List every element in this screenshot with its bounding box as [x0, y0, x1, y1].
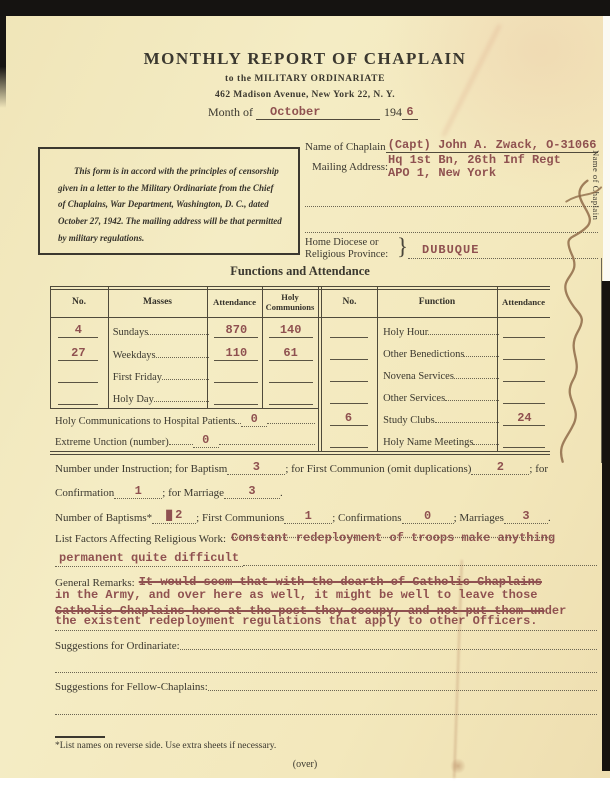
- numbers-confirmations-value: 0: [402, 510, 454, 524]
- name-of-chaplain-value: (Capt) John A. Zwack, O-31066: [386, 139, 598, 153]
- censorship-notice-box: This form is in accord with the principl…: [38, 147, 300, 255]
- remarks-rule: [55, 630, 597, 631]
- year-digit: 6: [402, 106, 418, 120]
- suggestions-fellow-row: Suggestions for Fellow-Chaplains:: [55, 681, 597, 693]
- left-header-no: No.: [50, 297, 108, 307]
- left-header-attendance: Attendance: [207, 297, 262, 307]
- remarks-line-1: General Remarks: It would seem that with…: [55, 575, 542, 589]
- masses-attendance: 110: [214, 347, 258, 361]
- suggestions-fellow-label: Suggestions for Fellow-Chaplains:: [55, 681, 208, 693]
- left-header-communions-1: Holy: [262, 292, 318, 302]
- table-header-rule: [50, 317, 550, 318]
- table-bottom-rule-b: [50, 454, 550, 455]
- numbers-label-1: Number of Baptisms*: [55, 512, 152, 524]
- function-attendance: [503, 403, 545, 404]
- left-header-masses: Masses: [108, 297, 207, 307]
- remarks-line-2: in the Army, and over here as well, it m…: [55, 588, 537, 602]
- masses-no: 4: [58, 324, 98, 338]
- right-header-attendance: Attendance: [497, 297, 550, 307]
- mailing-address-line2: APO 1, New York: [388, 166, 496, 180]
- home-diocese-label-line2: Religious Province:: [305, 249, 388, 260]
- masses-label: First Friday: [113, 372, 162, 383]
- scanner-bed-right: [603, 16, 610, 281]
- suggestions-fellow-rule: [55, 714, 597, 715]
- table-row: Holy Name Meetings: [322, 432, 550, 448]
- function-label: Study Clubs: [383, 415, 435, 426]
- month-label: Month of: [208, 105, 253, 120]
- instruction-baptism-value: 3: [227, 461, 285, 475]
- diocese-brace: }: [397, 234, 408, 260]
- left-header-communions-2: Communions: [262, 302, 318, 312]
- remarks-line-3-rest: der: [545, 604, 567, 618]
- instruction-confirmation-value: 1: [114, 485, 162, 499]
- instruction-label-2: ; for First Communion (omit duplications…: [285, 463, 471, 475]
- instruction-line-2: Confirmation 1 ; for Marriage 3 .: [55, 485, 283, 499]
- form-subtitle: to the MILITARY ORDINARIATE: [0, 74, 610, 84]
- table-row: 4 Sundays 870 140: [50, 322, 318, 338]
- year-prefix: 194: [384, 105, 402, 120]
- function-no: [330, 337, 368, 338]
- masses-attendance: [214, 382, 258, 383]
- numbers-line: Number of Baptisms* █ 2 ; First Communio…: [55, 508, 600, 524]
- numbers-label-3: ; Confirmations: [332, 512, 401, 524]
- masses-label: Weekdays: [113, 350, 156, 361]
- footnote-text: *List names on reverse side. Use extra s…: [55, 741, 276, 751]
- censorship-notice-text: This form is in accord with the principl…: [58, 166, 282, 243]
- function-label: Other Services: [383, 393, 445, 404]
- table-divider-a: [318, 286, 319, 451]
- scan-edge-top: [0, 0, 610, 16]
- suggestions-ordinariate-row: Suggestions for Ordinariate:: [55, 640, 597, 652]
- footnote-rule: [55, 736, 105, 738]
- overstrike-blot: █: [166, 511, 172, 522]
- numbers-baptisms-box: █ 2: [152, 508, 196, 524]
- function-label: Holy Name Meetings: [383, 437, 473, 448]
- hospital-communions-value: 0: [241, 413, 267, 427]
- factors-typed-line-1: Constant redeployment of troops make any…: [231, 531, 555, 545]
- function-attendance: 24: [503, 412, 545, 426]
- numbers-baptisms-value: 2: [175, 508, 182, 522]
- masses-attendance: 870: [214, 324, 258, 338]
- masses-label: Sundays: [113, 327, 149, 338]
- function-attendance: [503, 447, 545, 448]
- scanner-bed-bottom: [0, 778, 610, 791]
- ordinariate-address: 462 Madison Avenue, New York 22, N. Y.: [0, 90, 610, 100]
- instruction-marriage-value: 3: [224, 485, 280, 499]
- mailing-address-label: Mailing Address:: [312, 161, 388, 173]
- function-label: Novena Services: [383, 371, 454, 382]
- function-label: Holy Hour: [383, 327, 428, 338]
- masses-communions: 61: [269, 347, 313, 361]
- right-header-no: No.: [322, 297, 377, 307]
- table-row: First Friday: [50, 367, 318, 383]
- instruction-label-1: Number under Instruction; for Baptism: [55, 463, 227, 475]
- numbers-marriages-value: 3: [504, 510, 548, 524]
- table-row: Other Benedictions: [322, 344, 550, 360]
- factors-label: List Factors Affecting Religious Work:: [55, 533, 226, 545]
- table-row: 27 Weekdays 110 61: [50, 345, 318, 361]
- instruction-period: .: [280, 487, 283, 499]
- masses-communions: [269, 404, 313, 405]
- remarks-line-4: the existent redeployment regulations th…: [55, 614, 537, 628]
- table-bottom-rule-a: [50, 451, 550, 452]
- table-row: Holy Day: [50, 389, 318, 405]
- function-no: [330, 381, 368, 382]
- masses-attendance: [214, 404, 258, 405]
- extreme-unction-row: Extreme Unction (number) 0: [55, 432, 315, 448]
- masses-communions: 140: [269, 324, 313, 338]
- instruction-line-1: Number under Instruction; for Baptism 3 …: [55, 461, 600, 475]
- factors-typed-line-2: permanent quite difficult: [55, 551, 243, 567]
- over-label: (over): [0, 759, 610, 770]
- form-title: MONTHLY REPORT OF CHAPLAIN: [0, 49, 610, 69]
- numbers-label-2: ; First Communions: [196, 512, 284, 524]
- left-table-section-rule: [50, 408, 318, 409]
- scan-edge-right: [602, 281, 610, 771]
- suggestions-ordinariate-label: Suggestions for Ordinariate:: [55, 640, 180, 652]
- month-line: Month of October 194 6: [208, 105, 418, 120]
- function-attendance: [503, 381, 545, 382]
- right-header-function: Function: [377, 297, 497, 307]
- masses-label: Holy Day: [113, 394, 154, 405]
- table-row: Novena Services: [322, 366, 550, 382]
- function-attendance: [503, 359, 545, 360]
- table-row: 6 Study Clubs 24: [322, 410, 550, 426]
- name-of-chaplain-row: Name of Chaplain (Capt) John A. Zwack, O…: [305, 139, 598, 153]
- masses-no: [58, 382, 98, 383]
- paper-stain: [450, 758, 466, 774]
- factors-line-1: List Factors Affecting Religious Work: C…: [55, 531, 555, 545]
- table-top-rule-a: [50, 286, 550, 287]
- extreme-unction-label: Extreme Unction (number): [55, 437, 169, 448]
- suggestions-ordinariate-rule: [55, 672, 597, 673]
- instruction-label-4: Confirmation: [55, 487, 114, 499]
- masses-no: 27: [58, 347, 98, 361]
- month-value: October: [256, 106, 380, 120]
- function-label: Other Benedictions: [383, 349, 464, 360]
- hospital-communions-row: Holy Communications to Hospital Patients…: [55, 410, 315, 427]
- function-no: [330, 359, 368, 360]
- table-row: Holy Hour: [322, 322, 550, 338]
- extreme-unction-value: 0: [193, 434, 219, 448]
- mailing-address-line1: Hq 1st Bn, 26th Inf Regt: [388, 153, 561, 167]
- scan-edge-left: [0, 16, 6, 108]
- numbers-label-4: ; Marriages: [454, 512, 504, 524]
- diocese-value: DUBUQUE: [422, 243, 479, 257]
- masses-communions: [269, 382, 313, 383]
- function-no: [330, 447, 368, 448]
- name-of-chaplain-label: Name of Chaplain: [305, 141, 386, 153]
- numbers-first-communions-value: 1: [284, 510, 332, 524]
- masses-no: [58, 404, 98, 405]
- instruction-label-3: ; for: [529, 463, 548, 475]
- home-diocese-label-line1: Home Diocese or: [305, 237, 378, 248]
- instruction-label-5: ; for Marriage: [162, 487, 224, 499]
- remarks-typed-line-1: It would seem that with the dearth of Ca…: [139, 575, 542, 589]
- hospital-communions-label: Holy Communications to Hospital Patients: [55, 416, 235, 427]
- table-title: Functions and Attendance: [50, 264, 550, 279]
- instruction-first-communion-value: 2: [471, 461, 529, 475]
- numbers-period: .: [548, 512, 551, 524]
- function-no: 6: [330, 412, 368, 426]
- table-top-rule-b: [50, 289, 550, 290]
- function-attendance: [503, 337, 545, 338]
- function-no: [330, 403, 368, 404]
- factors-line-2: permanent quite difficult: [55, 551, 597, 567]
- table-row: Other Services: [322, 388, 550, 404]
